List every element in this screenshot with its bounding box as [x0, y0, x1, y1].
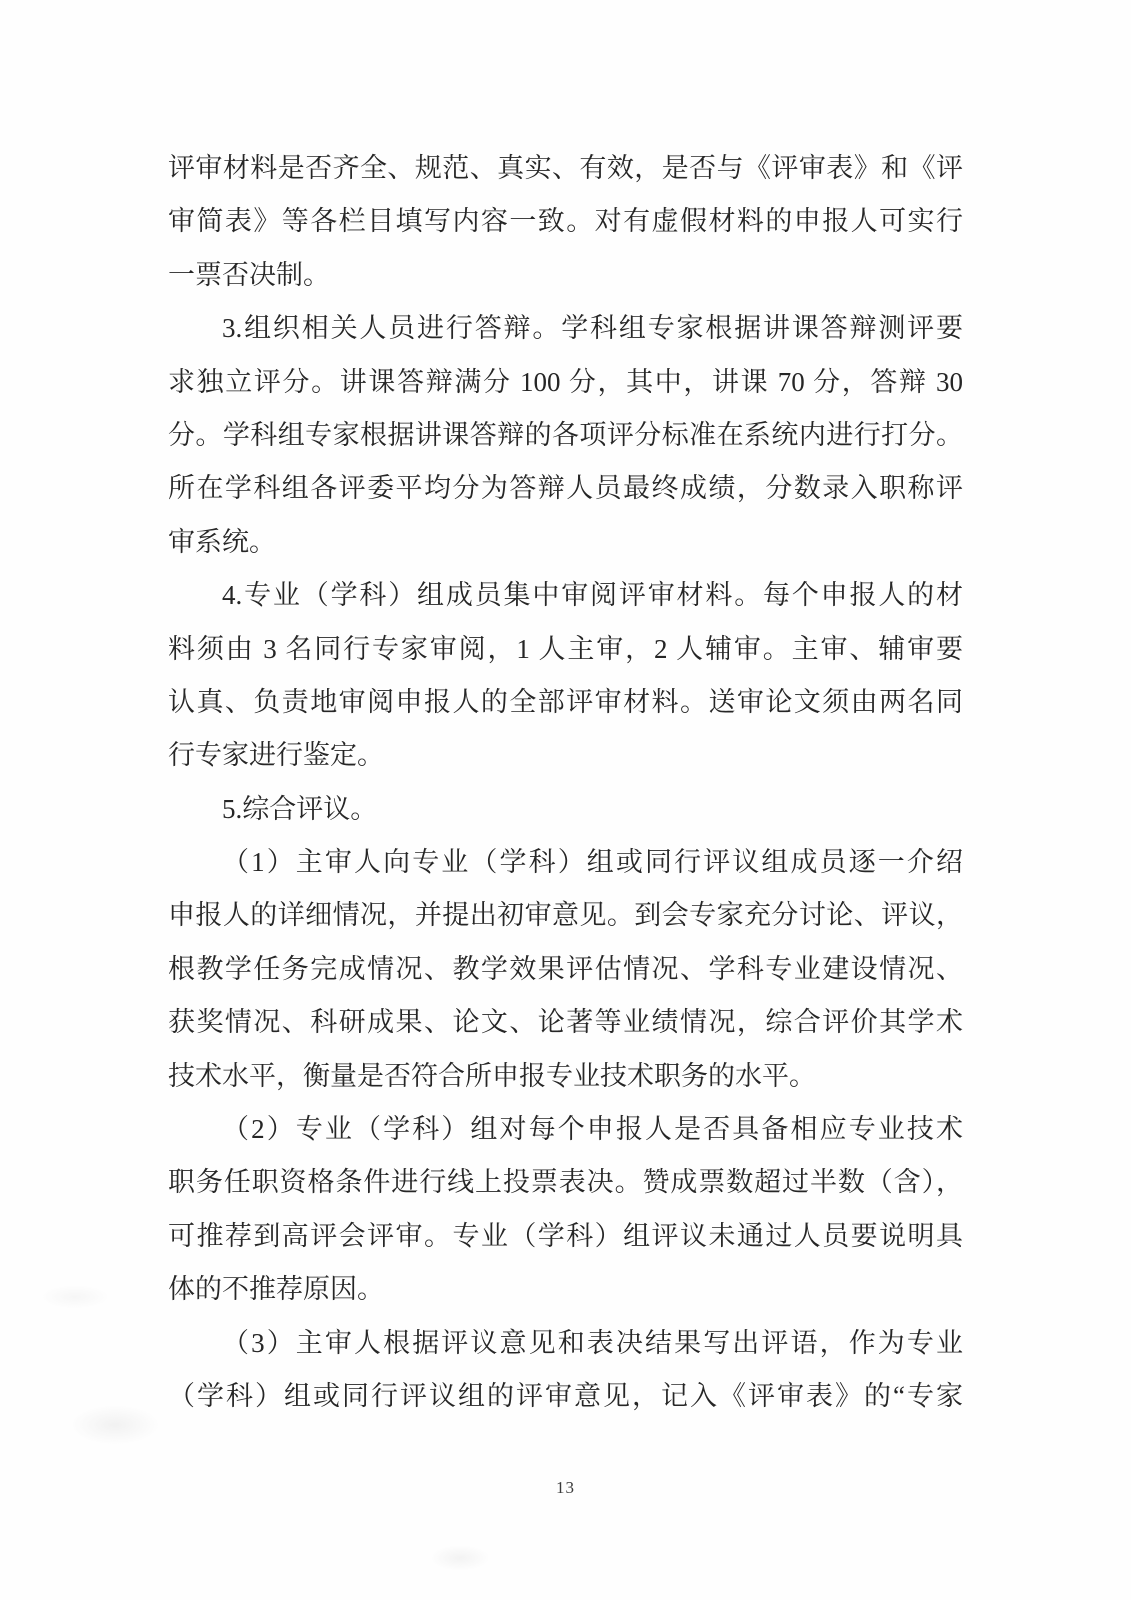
text-line: 获奖情况、科研成果、论文、论著等业绩情况，综合评价其学术	[168, 996, 963, 1049]
text-line: 一票否决制。	[168, 249, 963, 302]
text-line: （1）主审人向专业（学科）组或同行评议组成员逐一介绍	[168, 836, 963, 889]
document-body: 评审材料是否齐全、规范、真实、有效，是否与《评审表》和《评审简表》等各栏目填写内…	[168, 142, 963, 1423]
page-number: 13	[0, 1478, 1131, 1498]
text-line: （3）主审人根据评议意见和表决结果写出评语，作为专业	[168, 1317, 963, 1370]
text-line: 认真、负责地审阅申报人的全部评审材料。送审论文须由两名同	[168, 676, 963, 729]
text-line: （2）专业（学科）组对每个申报人是否具备相应专业技术	[168, 1103, 963, 1156]
text-line: 所在学科组各评委平均分为答辩人员最终成绩，分数录入职称评	[168, 462, 963, 515]
text-line: 行专家进行鉴定。	[168, 729, 963, 782]
text-line: 3.组织相关人员进行答辩。学科组专家根据讲课答辩测评要	[168, 302, 963, 355]
text-line: 审系统。	[168, 516, 963, 569]
text-line: （学科）组或同行评议组的评审意见，记入《评审表》的“专家	[168, 1370, 963, 1423]
text-line: 分。学科组专家根据讲课答辩的各项评分标准在系统内进行打分。	[168, 409, 963, 462]
text-line: 可推荐到高评会评审。专业（学科）组评议未通过人员要说明具	[168, 1210, 963, 1263]
text-line: 5.综合评议。	[168, 783, 963, 836]
scan-artifact	[430, 1545, 490, 1571]
text-line: 料须由 3 名同行专家审阅，1 人主审，2 人辅审。主审、辅审要	[168, 623, 963, 676]
text-line: 评审材料是否齐全、规范、真实、有效，是否与《评审表》和《评	[168, 142, 963, 195]
text-line: 职务任职资格条件进行线上投票表决。赞成票数超过半数（含），	[168, 1156, 963, 1209]
scan-artifact	[40, 1285, 110, 1309]
text-line: 审简表》等各栏目填写内容一致。对有虚假材料的申报人可实行	[168, 195, 963, 248]
text-line: 4.专业（学科）组成员集中审阅评审材料。每个申报人的材	[168, 569, 963, 622]
text-line: 技术水平，衡量是否符合所申报专业技术职务的水平。	[168, 1050, 963, 1103]
text-line: 申报人的详细情况，并提出初审意见。到会专家充分讨论、评议，	[168, 889, 963, 942]
scan-artifact	[70, 1405, 160, 1445]
text-line: 体的不推荐原因。	[168, 1263, 963, 1316]
document-page: 评审材料是否齐全、规范、真实、有效，是否与《评审表》和《评审简表》等各栏目填写内…	[0, 0, 1131, 1600]
text-line: 根教学任务完成情况、教学效果评估情况、学科专业建设情况、	[168, 943, 963, 996]
text-line: 求独立评分。讲课答辩满分 100 分，其中，讲课 70 分，答辩 30	[168, 356, 963, 409]
